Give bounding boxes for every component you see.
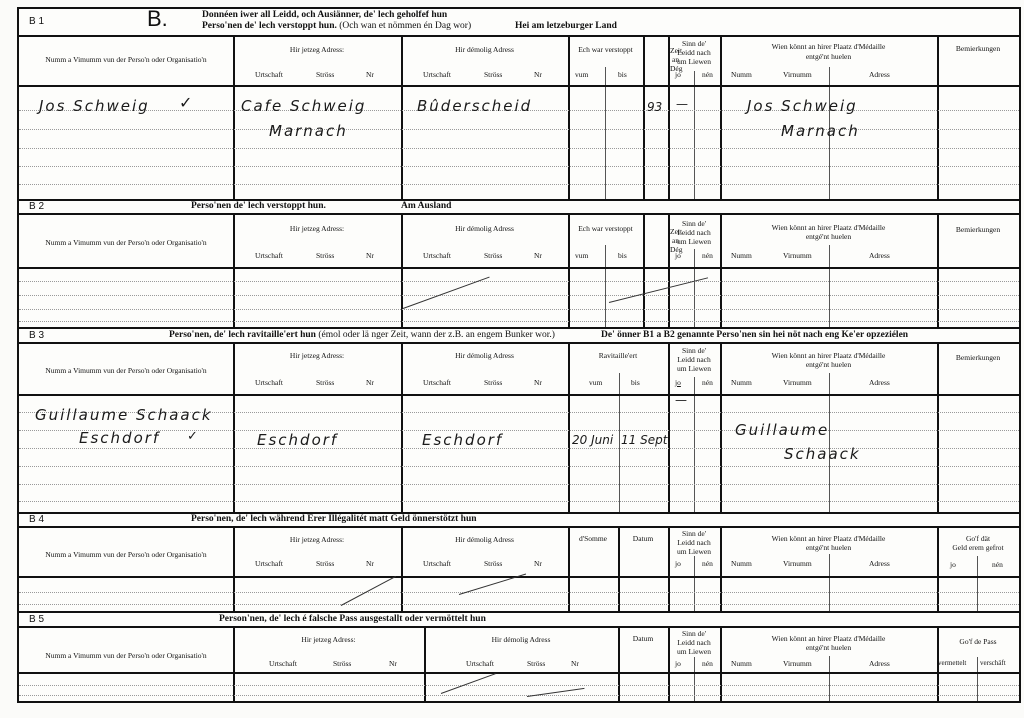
header-alive-3: um Liewen <box>668 57 720 66</box>
header-medal-1: Wien könnt an hirer Plaatz d'Médaille <box>720 634 937 643</box>
header-yes: jo <box>675 251 681 260</box>
header-address: Adress <box>869 378 890 387</box>
header-remarks: Bemierkungen <box>937 44 1019 53</box>
entry-to: 11 Sept. <box>621 433 671 447</box>
header-first-name: Numm <box>731 659 752 668</box>
header-name: Numm a Vimumm vun der Perso'n oder Organ… <box>19 366 233 375</box>
header-hidden: Ech war verstoppt <box>568 45 643 54</box>
header-alive-2: Leidd nach <box>668 638 720 647</box>
header-street: Ströss <box>316 559 334 568</box>
header-number: Nr <box>366 251 374 260</box>
header-medal-2: entgé'nt huelen <box>720 543 937 552</box>
header-alive-1: Sinn de' <box>668 219 720 228</box>
header-street: Ströss <box>484 70 502 79</box>
section-b5-titlebar: B 5 Person'nen, de' lech é falsche Pass … <box>19 613 1019 628</box>
header-current-address: Hir jetzeg Adress: <box>233 351 401 360</box>
header-medal-1: Wien könnt an hirer Plaatz d'Médaille <box>720 223 937 232</box>
header-number: Nr <box>389 659 397 668</box>
header-surname: Virnumm <box>783 559 812 568</box>
header-current-address: Hir jetzeg Adress: <box>233 535 401 544</box>
header-locality: Urtschaft <box>423 378 451 387</box>
section-title: Perso'nen, de' lech ravitaille'ert hun (… <box>169 330 555 340</box>
entry-former-address: Eschdorf <box>422 431 503 449</box>
section-title-line2: Perso'nen de' lech verstoppt hun. (Och w… <box>202 21 471 31</box>
entry-days: 93 <box>647 100 662 114</box>
section-id: B 3 <box>29 330 44 341</box>
header-alive-2: Leidd nach <box>668 48 720 57</box>
header-alive-3: um Liewen <box>668 237 720 246</box>
section-b4: B 4 Perso'nen, de' lech während Erer Ill… <box>17 512 1021 613</box>
header-medal-1: Wien könnt an hirer Plaatz d'Médaille <box>720 351 937 360</box>
header-current-address: Hir jetzeg Adress: <box>233 224 401 233</box>
header-alive-3: um Liewen <box>668 364 720 373</box>
section-title-text: Perso'nen, de' lech ravitaille'ert hun <box>169 330 316 340</box>
header-medal-2: entgé'nt huelen <box>720 232 937 241</box>
header-former-address: Hir démolig Adress <box>401 224 568 233</box>
header-locality: Urtschaft <box>255 251 283 260</box>
header-former-address: Hir démolig Adress <box>424 635 618 644</box>
header-number: Nr <box>534 70 542 79</box>
section-b5: B 5 Person'nen, de' lech é falsche Pass … <box>17 611 1021 703</box>
header-to: bis <box>618 251 627 260</box>
section-title-text: Perso'nen de' lech verstoppt hun. <box>202 21 337 31</box>
header-name: Numm a Vimumm vun der Perso'n oder Organ… <box>19 238 233 247</box>
section-id: B 2 <box>29 201 44 212</box>
header-medal-2: entgé'nt huelen <box>720 360 937 369</box>
strike-line <box>341 576 396 606</box>
section-b3-titlebar: B 3 Perso'nen, de' lech ravitaille'ert h… <box>19 329 1019 344</box>
header-locality: Urtschaft <box>423 251 451 260</box>
header-street: Ströss <box>316 70 334 79</box>
header-medal-1: Wien könnt an hirer Plaatz d'Médaille <box>720 534 937 543</box>
header-street: Ströss <box>484 559 502 568</box>
section-title-right: Hei am letzeburger Land <box>515 21 617 31</box>
header-number: Nr <box>366 70 374 79</box>
header-surname: Virnumm <box>783 378 812 387</box>
section-b2-titlebar: B 2 Perso'nen de' lech verstoppt hun. Am… <box>19 201 1019 215</box>
header-money-2: Geld erem gefrot <box>937 543 1019 552</box>
section-title-right: Am Ausland <box>401 201 451 211</box>
section-title-note: (émol oder lä nger Zeit, wann der z.B. a… <box>318 330 555 340</box>
header-locality: Urtschaft <box>423 559 451 568</box>
header-address: Adress <box>869 559 890 568</box>
header-to: bis <box>618 70 627 79</box>
header-from: vum <box>575 251 588 260</box>
header-name: Numm a Vimumm vun der Perso'n oder Organ… <box>19 55 233 64</box>
header-surname: Virnumm <box>783 251 812 260</box>
entry-name: Guillaume Schaack <box>35 406 213 424</box>
header-alive-1: Sinn de' <box>668 529 720 538</box>
header-remarks: Bemierkungen <box>937 353 1019 362</box>
entry-from: 20 Juni <box>572 433 613 447</box>
entry-medal-surname: Schaack <box>784 445 861 463</box>
header-locality: Urtschaft <box>255 559 283 568</box>
section-b3: B 3 Perso'nen, de' lech ravitaille'ert h… <box>17 327 1021 514</box>
header-street: Ströss <box>484 251 502 260</box>
entry-current-address-2: Marnach <box>269 122 348 140</box>
header-from: vum <box>589 378 602 387</box>
header-no: nén <box>702 378 713 387</box>
header-no: nén <box>702 559 713 568</box>
section-letter: B. <box>147 6 168 32</box>
header-alive-2: Leidd nach <box>668 355 720 364</box>
header-street: Ströss <box>333 659 351 668</box>
header-first-name: Numm <box>731 251 752 260</box>
header-date: Datum <box>618 534 668 543</box>
header-first-name: Numm <box>731 378 752 387</box>
section-b1-titlebar: B 1 B. Donnéen iwer all Leidd, och Ausiä… <box>19 9 1019 37</box>
header-former-address: Hir démolig Adress <box>401 535 568 544</box>
header-no: nén <box>702 70 713 79</box>
header-street: Ströss <box>316 378 334 387</box>
header-yes: jo <box>675 378 681 387</box>
header-locality: Urtschaft <box>269 659 297 668</box>
header-first-name: Numm <box>731 70 752 79</box>
header-money-1: Go'f dät <box>937 534 1019 543</box>
header-mediated: vermettelt <box>938 659 966 668</box>
checkmark-icon: ✓ <box>179 93 194 112</box>
section-title: Person'nen, de' lech é falsche Pass ausg… <box>219 614 486 624</box>
header-alive-3: um Liewen <box>668 547 720 556</box>
header-alive-1: Sinn de' <box>668 39 720 48</box>
header-sum: d'Somme <box>568 534 618 543</box>
header-street: Ströss <box>316 251 334 260</box>
header-no: nén <box>992 560 1003 569</box>
header-no: nén <box>702 659 713 668</box>
header-street: Ströss <box>484 378 502 387</box>
section-b4-titlebar: B 4 Perso'nen, de' lech während Erer Ill… <box>19 514 1019 528</box>
entry-current-address-1: Cafe Schweig <box>241 97 366 115</box>
section-b1: B 1 B. Donnéen iwer all Leidd, och Ausiä… <box>17 7 1021 201</box>
header-medal-2: entgé'nt huelen <box>720 52 937 61</box>
entry-medal-name: Guillaume <box>735 421 829 439</box>
section-title-note: (Och wan et nömmen én Dag wor) <box>339 21 471 31</box>
header-number: Nr <box>534 251 542 260</box>
entry-medal-address: Marnach <box>781 122 860 140</box>
header-alive-2: Leidd nach <box>668 228 720 237</box>
header-yes: jo <box>950 560 956 569</box>
header-number: Nr <box>366 378 374 387</box>
header-surname: Virnumm <box>783 70 812 79</box>
entry-alive-yes: — <box>675 393 687 407</box>
header-former-address: Hir démolig Adress <box>401 351 568 360</box>
header-locality: Urtschaft <box>466 659 494 668</box>
header-pass: Go'f de Pass <box>937 637 1019 646</box>
header-alive-3: um Liewen <box>668 647 720 656</box>
header-medal-2: entgé'nt huelen <box>720 643 937 652</box>
header-alive-1: Sinn de' <box>668 629 720 638</box>
header-alive-1: Sinn de' <box>668 346 720 355</box>
section-id: B 4 <box>29 514 44 525</box>
header-procured: verschäft <box>980 659 1006 668</box>
entry-current-address: Eschdorf <box>257 431 338 449</box>
header-alive-2: Leidd nach <box>668 538 720 547</box>
header-first-name: Numm <box>731 559 752 568</box>
strike-line <box>441 673 496 694</box>
header-to: bis <box>631 378 640 387</box>
header-locality: Urtschaft <box>423 70 451 79</box>
header-address: Adress <box>869 70 890 79</box>
header-supplied: Ravitaille'ert <box>568 351 668 360</box>
header-number: Nr <box>366 559 374 568</box>
checkmark-icon: ✓ <box>187 429 200 444</box>
section-title: Perso'nen de' lech verstoppt hun. <box>191 201 326 211</box>
header-street: Ströss <box>527 659 545 668</box>
entry-former-address: Bûderscheid <box>417 97 532 115</box>
section-title-line1: Donnéen iwer all Leidd, och Ausiänner, d… <box>202 10 447 20</box>
section-id: B 1 <box>29 16 44 27</box>
header-medal-1: Wien könnt an hirer Plaatz d'Médaille <box>720 42 937 51</box>
header-name: Numm a Vimumm vun der Perso'n oder Organ… <box>19 550 233 559</box>
header-hidden: Ech war verstoppt <box>568 224 643 233</box>
header-number: Nr <box>571 659 579 668</box>
header-locality: Urtschaft <box>255 70 283 79</box>
header-number: Nr <box>534 559 542 568</box>
header-no: nén <box>702 251 713 260</box>
header-address: Adress <box>869 659 890 668</box>
section-title-right: De' önner B1 a B2 genannte Perso'nen sin… <box>601 330 908 340</box>
header-yes: jo <box>675 659 681 668</box>
header-remarks: Bemierkungen <box>937 225 1019 234</box>
section-b2: B 2 Perso'nen de' lech verstoppt hun. Am… <box>17 199 1021 329</box>
section-id: B 5 <box>29 614 44 625</box>
entry-name-locality: Eschdorf <box>79 429 160 447</box>
header-address: Adress <box>869 251 890 260</box>
header-surname: Virnumm <box>783 659 812 668</box>
section-title: Perso'nen, de' lech während Erer Illégal… <box>191 514 477 524</box>
header-from: vum <box>575 70 588 79</box>
header-name: Numm a Vimumm vun der Perso'n oder Organ… <box>19 651 233 660</box>
header-date: Datum <box>618 634 668 643</box>
header-former-address: Hir démolig Adress <box>401 45 568 54</box>
header-locality: Urtschaft <box>255 378 283 387</box>
entry-alive-yes: — <box>676 97 688 111</box>
header-yes: jo <box>675 559 681 568</box>
header-number: Nr <box>534 378 542 387</box>
header-yes: jo <box>675 70 681 79</box>
entry-medal-name: Jos Schweig <box>747 97 858 115</box>
header-current-address: Hir jetzeg Adress: <box>233 45 401 54</box>
header-current-address: Hir jetzeg Adress: <box>233 635 424 644</box>
entry-name: Jos Schweig <box>39 97 150 115</box>
